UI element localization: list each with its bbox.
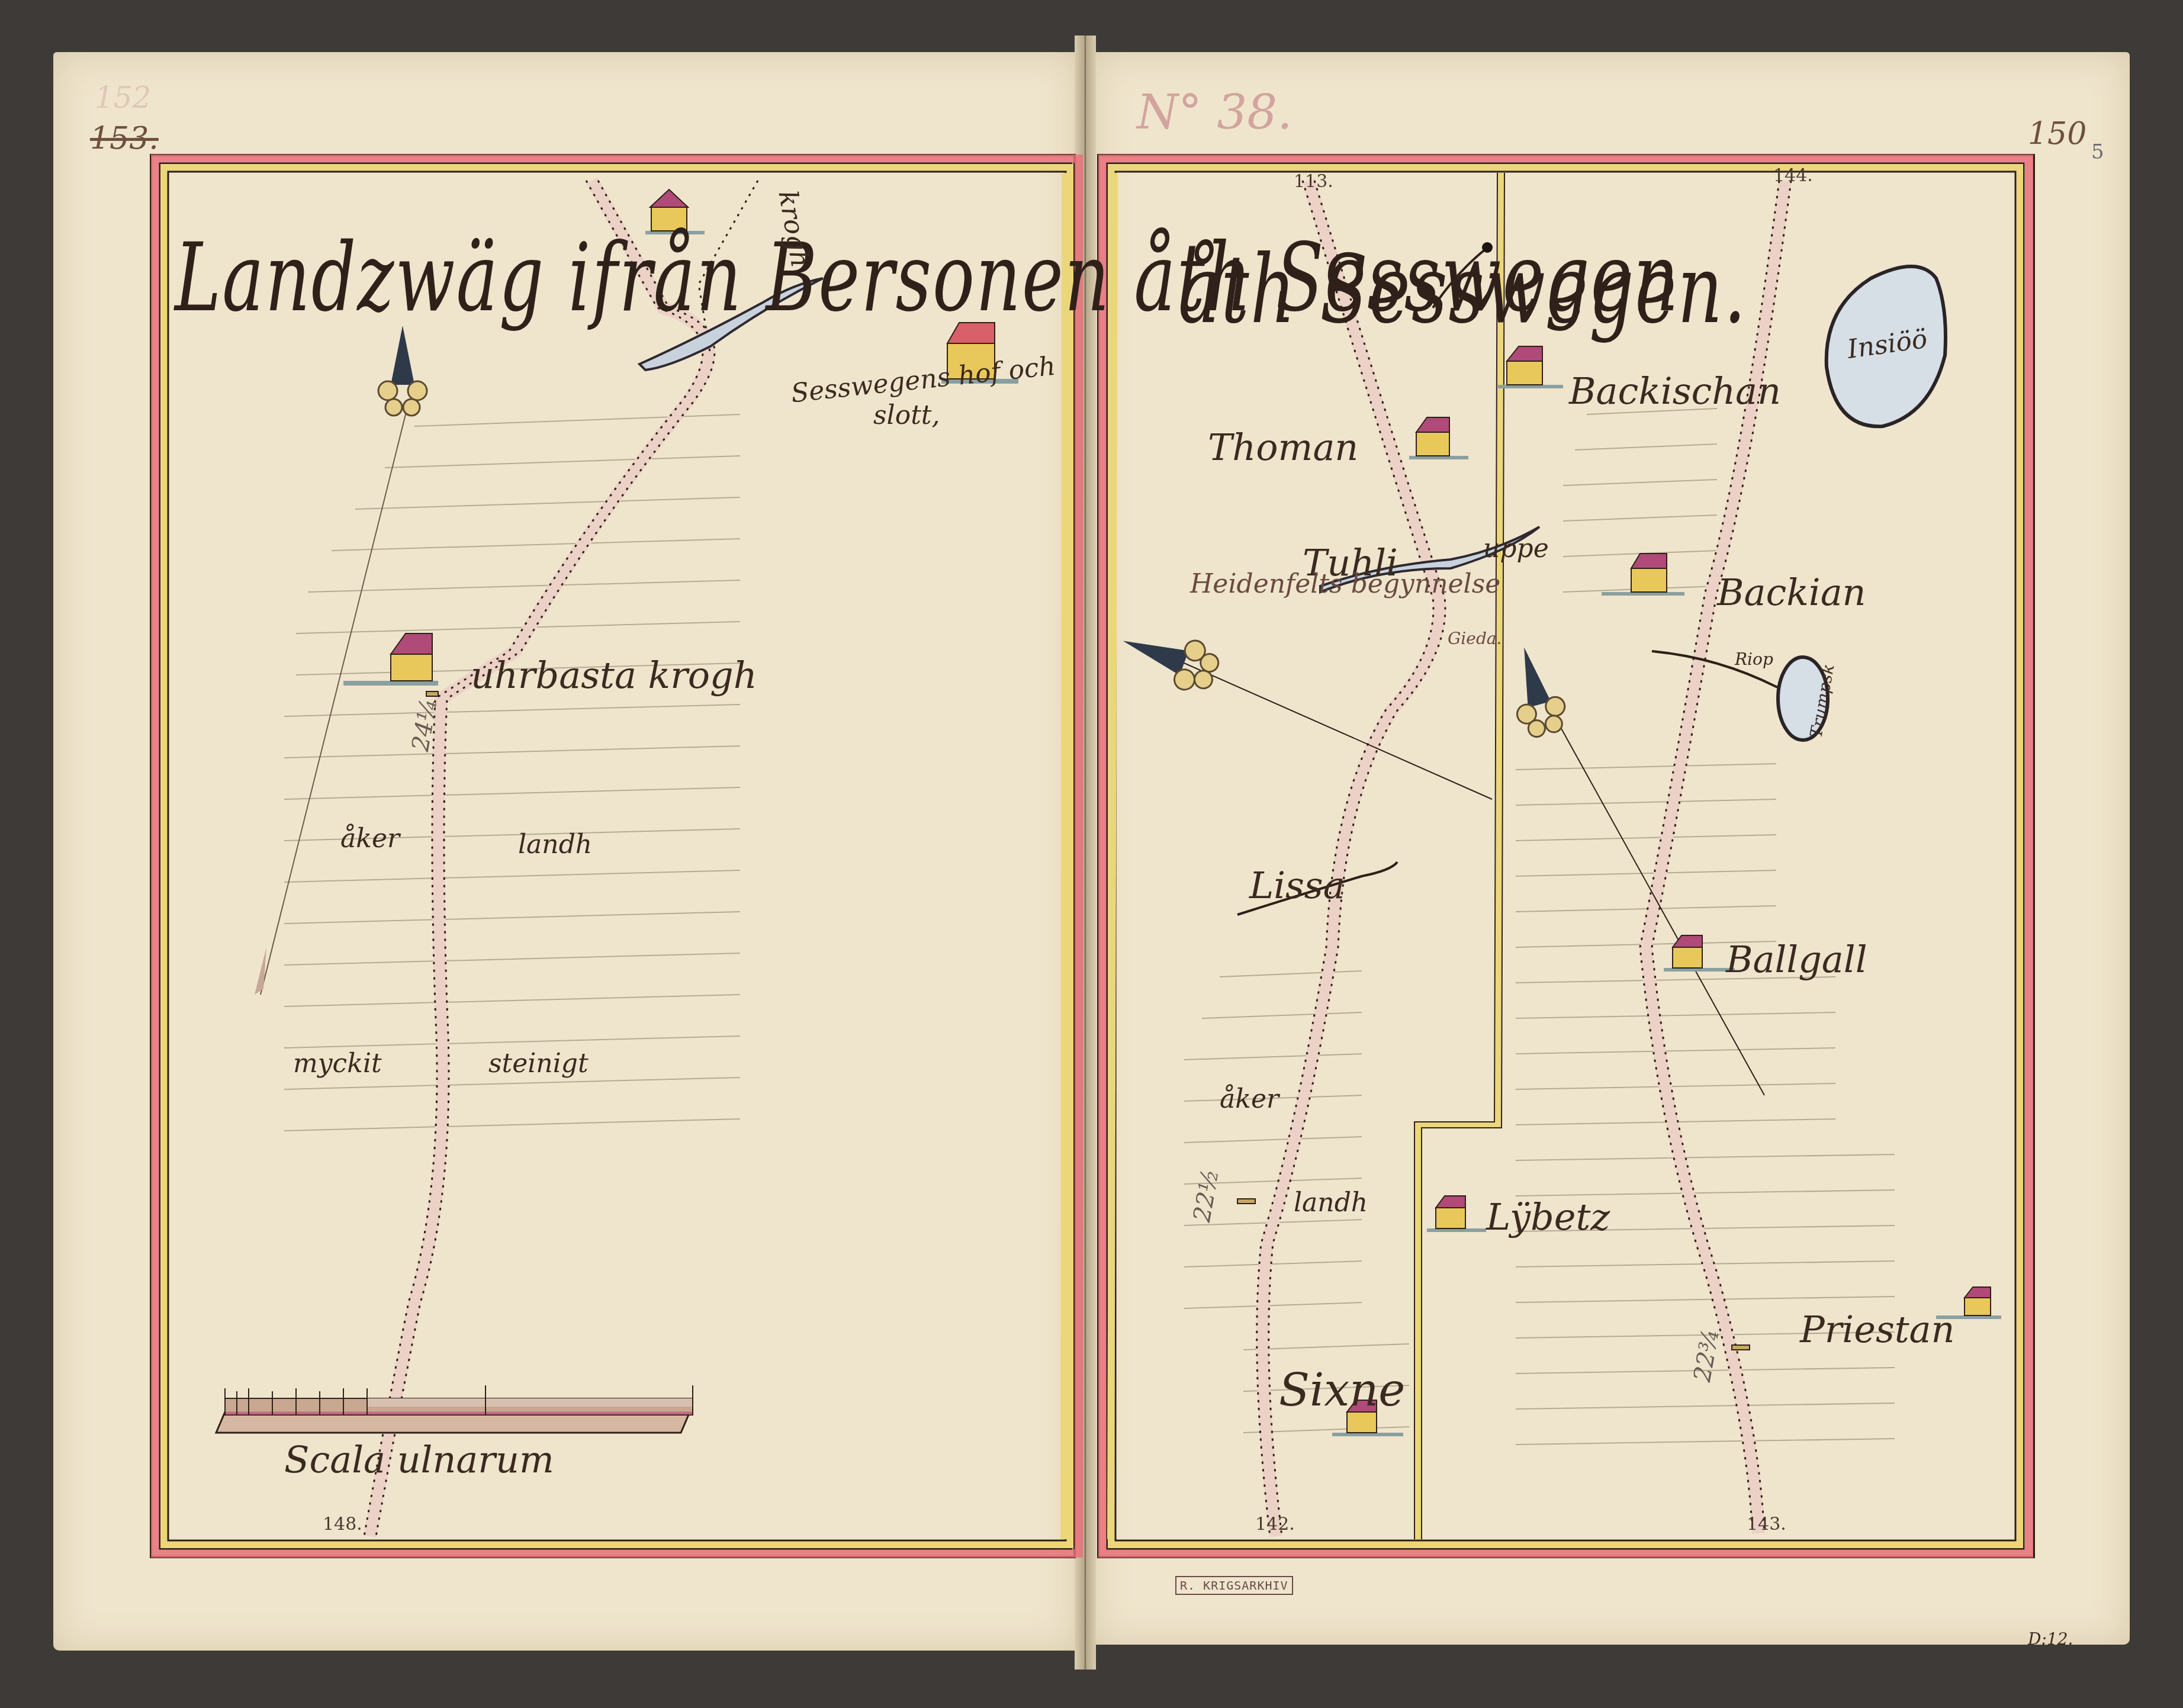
label-sixne: Sixne [1279,1368,1405,1413]
compass-rose-right [1501,641,1571,741]
compass-rose-mid [1114,617,1223,698]
scale-title: Scala ulnarum [284,1442,554,1478]
compass-line-left [261,403,409,995]
left-pencil-number: 152 [95,83,151,112]
milestone-marker [426,691,438,696]
label-backischan: Backischan [1569,373,1781,410]
label-backian: Backian [1717,574,1866,611]
house-icon-thoman [1409,417,1468,459]
field-hatching-right [1184,408,1895,1445]
road-number-148: 148. [323,1516,362,1533]
road-number-143: 143. [1747,1516,1786,1533]
label-slott: slott, [873,403,940,429]
label-gieda: Gieda. [1448,631,1502,647]
label-aker-right: åker [1220,1086,1279,1112]
house-icon-uhrbasta [343,633,438,686]
milestone-marker [1732,1345,1750,1350]
label-landh-right: landh [1294,1190,1368,1216]
label-landh-left: landh [518,832,592,858]
house-icon-lybetz [1427,1196,1486,1232]
right-page-pencil-number: 5 [2091,142,2104,162]
label-priestan: Priestan [1800,1311,1955,1348]
house-icon-backischan [1498,346,1563,388]
footnote-label: D:12. [2028,1631,2073,1648]
label-heidenfelts: Heidenfelts begynnelse [1190,571,1500,597]
road-number-113: 113. [1294,173,1333,191]
compass-rose-left [378,326,427,416]
label-riop: Riop [1735,651,1773,668]
right-page-number: 150 [2028,118,2086,149]
left-page-number: 153. [90,123,159,154]
label-steinigt: steinigt [488,1051,589,1077]
label-uhrbasta-krogh: uhrbasta krogh [471,657,757,694]
house-icon-backian [1602,554,1684,596]
milestone-marker [1237,1199,1255,1204]
label-lissa: Lissa [1249,867,1345,904]
house-icon-ballgall [1664,935,1735,972]
label-uppe: uppe [1483,536,1549,562]
field-hatching-left [284,414,740,1131]
label-aker-left: åker [340,826,400,852]
road-number-142: 142. [1255,1516,1295,1533]
label-ballgall: Ballgall [1726,941,1867,978]
label-thoman: Thoman [1208,429,1358,466]
label-myckit: myckit [293,1051,382,1077]
right-pencil-number: N° 38. [1137,89,1293,136]
archive-stamp: R. KRIGSARKHIV [1175,1576,1293,1595]
compass-feather-left [255,947,266,995]
compass-line-mid [1184,663,1492,799]
road-number-144: 144. [1773,167,1813,185]
scale-bar [216,1385,693,1433]
label-lybetz: Lÿbetz [1486,1199,1610,1236]
map-title-right: åth Sesswegen. [1178,242,1747,336]
